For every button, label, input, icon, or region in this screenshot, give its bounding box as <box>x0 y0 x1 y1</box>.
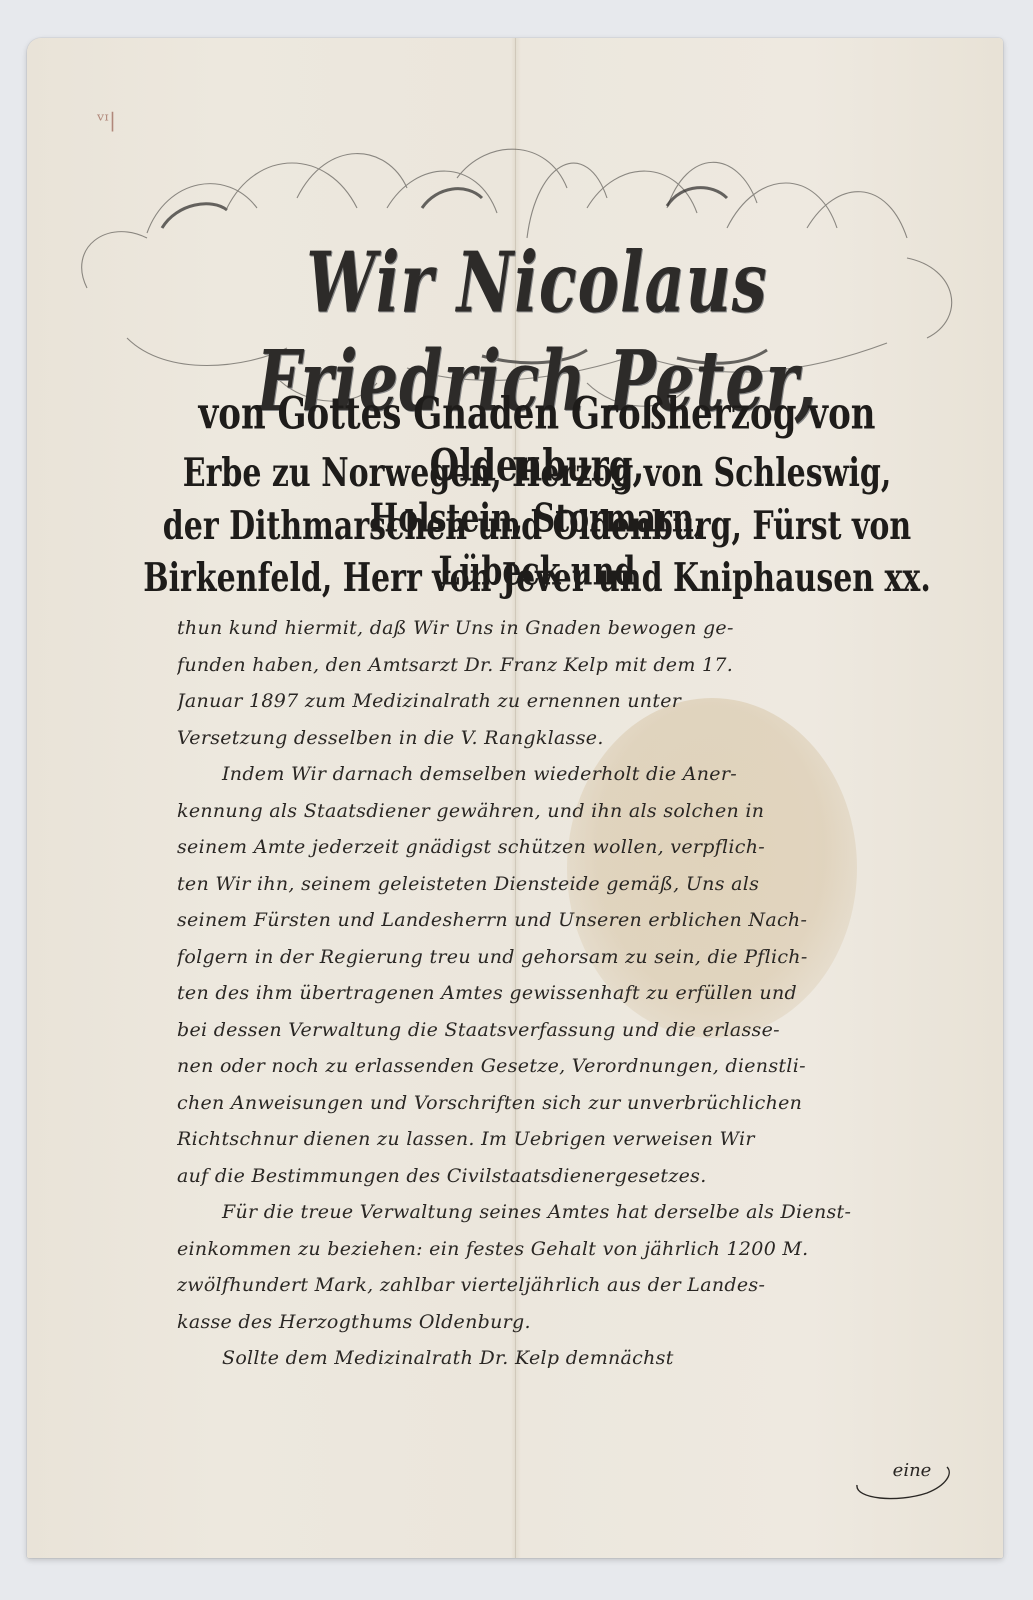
body-line: kennung als Staatsdiener gewähren, und i… <box>177 793 977 830</box>
body-line: Richtschnur dienen zu lassen. Im Uebrige… <box>177 1121 977 1158</box>
body-line: bei dessen Verwaltung die Staatsverfassu… <box>177 1012 977 1049</box>
body-line: auf die Bestimmungen des Civilstaatsdien… <box>177 1158 977 1195</box>
body-line: Indem Wir darnach demselben wiederholt d… <box>177 756 977 793</box>
body-line: seinem Amte jederzeit gnädigst schützen … <box>177 829 977 866</box>
heading-line: Birkenfeld, Herr von Jever und Kniphause… <box>127 556 947 602</box>
body-line: seinem Fürsten und Landesherrn und Unser… <box>177 902 977 939</box>
document-sheet: ᵛᶦ| Wir Nicolaus <box>27 38 1003 1558</box>
body-line: chen Anweisungen und Vorschriften sich z… <box>177 1085 977 1122</box>
catchword: eine <box>867 1456 957 1494</box>
body-line: ten des ihm übertragenen Amtes gewissenh… <box>177 975 977 1012</box>
corner-ink-mark: ᵛᶦ| <box>97 108 116 132</box>
body-line: folgern in der Regierung treu und gehors… <box>177 939 977 976</box>
body-line: nen oder noch zu erlassenden Gesetze, Ve… <box>177 1048 977 1085</box>
body-line: funden haben, den Amtsarzt Dr. Franz Kel… <box>177 647 977 684</box>
body-line: Versetzung desselben in die V. Rangklass… <box>177 720 977 757</box>
handwritten-body: thun kund hiermit, daß Wir Uns in Gnaden… <box>177 610 977 1377</box>
body-line: zwölfhundert Mark, zahlbar vierteljährli… <box>177 1267 977 1304</box>
body-line: Januar 1897 zum Medizinalrath zu ernenne… <box>177 683 977 720</box>
body-line: einkommen zu beziehen: ein festes Gehalt… <box>177 1231 977 1268</box>
body-line: kasse des Herzogthums Oldenburg. <box>177 1304 977 1341</box>
body-line: ten Wir ihn, seinem geleisteten Dienstei… <box>177 866 977 903</box>
body-line: Für die treue Verwaltung seines Amtes ha… <box>177 1194 977 1231</box>
body-line: Sollte dem Medizinalrath Dr. Kelp demnäc… <box>177 1340 977 1377</box>
body-line: thun kund hiermit, daß Wir Uns in Gnaden… <box>177 610 977 647</box>
